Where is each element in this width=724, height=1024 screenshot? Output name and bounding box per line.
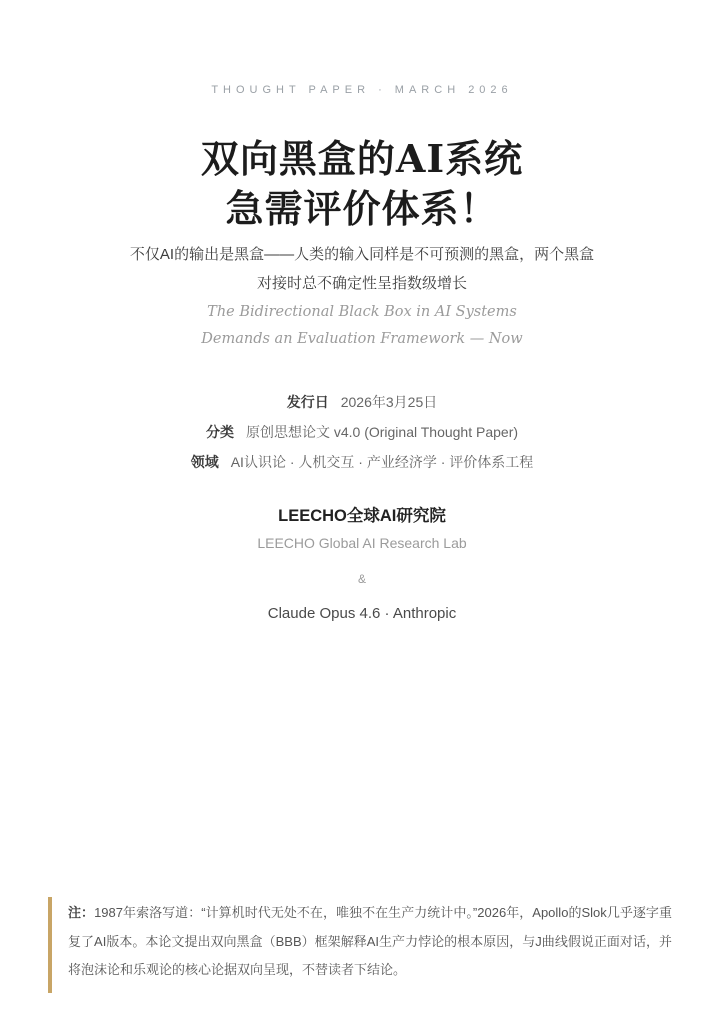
meta-label-category: 分类	[206, 424, 234, 440]
subtitle-en-line-2: Demands an Evaluation Framework — Now	[201, 331, 522, 347]
ampersand-separator: &	[0, 571, 724, 588]
footnote-block: 注：1987年索洛写道：“计算机时代无处不在，唯独不在生产力统计中。”2026年…	[48, 897, 672, 993]
meta-value-category: 原创思想论文 v4.0 (Original Thought Paper)	[246, 424, 518, 440]
page-title: 双向黑盒的AI系统急需评价体系！	[0, 134, 724, 234]
subtitle-en: The Bidirectional Black Box in AI System…	[0, 299, 724, 353]
meta-label-fields: 领域	[191, 454, 219, 470]
meta-value-fields: AI认识论 · 人机交互 · 产业经济学 · 评价体系工程	[231, 454, 534, 470]
author-org-cn: LEECHO全球AI研究院	[0, 505, 724, 528]
subtitle-cn-line-1: 不仅AI的输出是黑盒——人类的输入同样是不可预测的黑盒，两个黑盒	[130, 246, 594, 263]
metadata-block: 发行日2026年3月25日 分类原创思想论文 v4.0 (Original Th…	[0, 387, 724, 477]
meta-row-fields: 领域AI认识论 · 人机交互 · 产业经济学 · 评价体系工程	[0, 447, 724, 477]
author-org-en: LEECHO Global AI Research Lab	[0, 534, 724, 554]
paper-cover-page: THOUGHT PAPER · MARCH 2026 双向黑盒的AI系统急需评价…	[0, 0, 724, 1024]
author-model: Claude Opus 4.6 · Anthropic	[0, 603, 724, 624]
meta-value-issue-date: 2026年3月25日	[341, 394, 438, 410]
footnote-label: 注：	[68, 905, 94, 920]
title-line-2: 急需评价体系！	[225, 186, 498, 231]
eyebrow-header: THOUGHT PAPER · MARCH 2026	[0, 84, 724, 96]
subtitle-cn: 不仅AI的输出是黑盒——人类的输入同样是不可预测的黑盒，两个黑盒对接时总不确定性…	[72, 240, 652, 299]
meta-row-category: 分类原创思想论文 v4.0 (Original Thought Paper)	[0, 417, 724, 447]
footnote-body: 1987年索洛写道：“计算机时代无处不在，唯独不在生产力统计中。”2026年，A…	[68, 905, 672, 977]
subtitle-en-line-1: The Bidirectional Black Box in AI System…	[207, 304, 517, 320]
authors-block: LEECHO全球AI研究院 LEECHO Global AI Research …	[0, 505, 724, 624]
title-line-1: 双向黑盒的AI系统	[201, 136, 523, 181]
meta-label-issue-date: 发行日	[287, 394, 329, 410]
subtitle-cn-line-2: 对接时总不确定性呈指数级增长	[257, 275, 467, 292]
footnote-text: 注：1987年索洛写道：“计算机时代无处不在，唯独不在生产力统计中。”2026年…	[68, 899, 672, 985]
meta-row-issue-date: 发行日2026年3月25日	[0, 387, 724, 417]
